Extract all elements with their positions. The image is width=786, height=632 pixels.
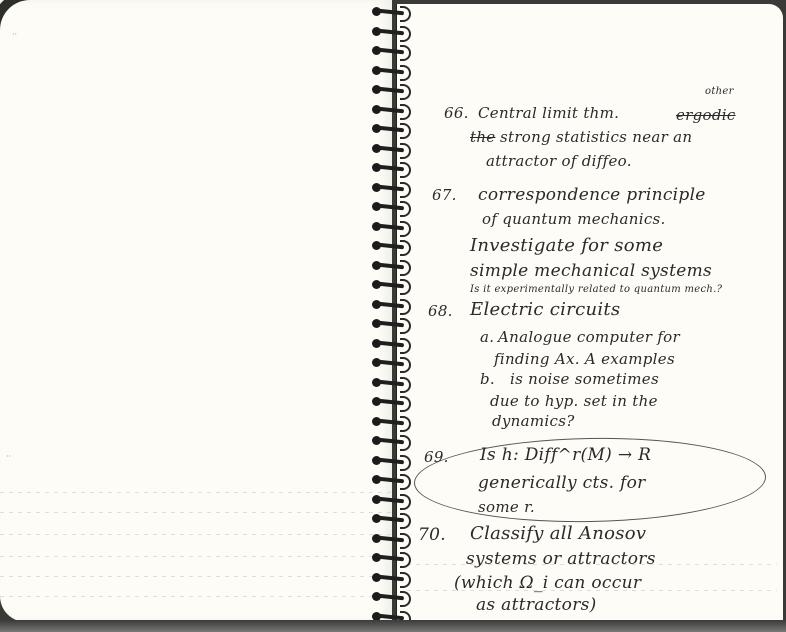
coil-hook bbox=[400, 260, 411, 276]
struck-word: the bbox=[470, 128, 495, 147]
spiral-coil bbox=[372, 143, 412, 157]
speck-mark: ·· bbox=[6, 452, 11, 461]
coil-hook bbox=[400, 396, 411, 412]
spiral-binding bbox=[368, 0, 418, 632]
spiral-coil bbox=[372, 104, 412, 118]
coil-hook bbox=[400, 435, 411, 451]
entry-line: strong statistics near an bbox=[500, 128, 692, 147]
coil-hook bbox=[400, 318, 411, 334]
coil-hook bbox=[400, 357, 411, 373]
subitem-label: b. bbox=[480, 370, 495, 389]
entry-line: Electric circuits bbox=[470, 300, 620, 319]
coil-hook bbox=[400, 299, 411, 315]
entry-line: Central limit thm. bbox=[478, 104, 619, 123]
entry-line: generically cts. for bbox=[478, 474, 646, 493]
spiral-coil bbox=[372, 338, 412, 352]
spiral-coil bbox=[372, 591, 412, 605]
coil-hook bbox=[400, 221, 411, 237]
left-page: ·· ·· bbox=[0, 0, 392, 622]
entry-line: (which Ω_i can occur bbox=[454, 574, 641, 593]
spiral-coil bbox=[372, 260, 412, 274]
coil-hook bbox=[400, 123, 411, 139]
spiral-coil bbox=[372, 299, 412, 313]
spiral-coil bbox=[372, 6, 412, 20]
spiral-coil bbox=[372, 416, 412, 430]
coil-hook bbox=[400, 377, 411, 393]
spiral-coil bbox=[372, 377, 412, 391]
rule-line bbox=[0, 576, 392, 577]
subitem-line: dynamics? bbox=[492, 412, 575, 431]
entry-number: 68. bbox=[428, 302, 453, 321]
entry-line: Is h: Diff^r(M) → R bbox=[480, 446, 651, 465]
spiral-coil bbox=[372, 435, 412, 449]
coil-hook bbox=[400, 338, 411, 354]
coil-hook bbox=[400, 104, 411, 120]
coil-hook bbox=[400, 65, 411, 81]
insertion-note: other bbox=[705, 86, 734, 98]
subitem-line: finding Ax. A examples bbox=[494, 350, 675, 369]
coil-hook bbox=[400, 474, 411, 490]
speck-mark: ·· bbox=[12, 30, 17, 39]
coil-hook bbox=[400, 201, 411, 217]
coil-hook bbox=[400, 455, 411, 471]
spiral-coil bbox=[372, 279, 412, 293]
coil-hook bbox=[400, 533, 411, 549]
coil-hook bbox=[400, 162, 411, 178]
rule-line bbox=[0, 512, 392, 513]
rule-line bbox=[0, 556, 392, 557]
spiral-coil bbox=[372, 162, 412, 176]
entry-number: 67. bbox=[432, 186, 457, 205]
spiral-coil bbox=[372, 201, 412, 215]
entry-number: 66. bbox=[444, 104, 469, 123]
rule-line bbox=[0, 492, 392, 493]
coil-hook bbox=[400, 84, 411, 100]
rule-line bbox=[0, 534, 392, 535]
entry-line: simple mechanical systems bbox=[470, 262, 712, 281]
rule-line bbox=[0, 596, 392, 597]
subitem-line: due to hyp. set in the bbox=[490, 392, 658, 411]
entry-line: Classify all Anosov bbox=[470, 524, 646, 543]
coil-hook bbox=[400, 26, 411, 42]
coil-hook bbox=[400, 240, 411, 256]
spiral-coil bbox=[372, 45, 412, 59]
coil-hook bbox=[400, 45, 411, 61]
spiral-coil bbox=[372, 240, 412, 254]
spiral-coil bbox=[372, 552, 412, 566]
spiral-coil bbox=[372, 572, 412, 586]
subitem-label: a. bbox=[480, 328, 494, 347]
spiral-coil bbox=[372, 123, 412, 137]
coil-hook bbox=[400, 182, 411, 198]
entry-line: Investigate for some bbox=[470, 236, 663, 255]
entry-number: 69. bbox=[424, 448, 449, 467]
spiral-coil bbox=[372, 533, 412, 547]
entry-line: systems or attractors bbox=[466, 550, 656, 569]
coil-hook bbox=[400, 552, 411, 568]
notebook-spread: ·· ·· other 66. Central limit thm. ergod… bbox=[0, 0, 786, 632]
spiral-coil bbox=[372, 494, 412, 508]
entry-line: as attractors) bbox=[476, 596, 597, 615]
coil-hook bbox=[400, 143, 411, 159]
subitem-line: Analogue computer for bbox=[498, 328, 680, 347]
spiral-coil bbox=[372, 455, 412, 469]
coil-hook bbox=[400, 494, 411, 510]
spiral-coil bbox=[372, 474, 412, 488]
coil-hook bbox=[400, 416, 411, 432]
coil-hook bbox=[400, 279, 411, 295]
coil-hook bbox=[400, 572, 411, 588]
entry-number: 70. bbox=[418, 526, 446, 545]
spiral-coil bbox=[372, 65, 412, 79]
scan-edge-shadow bbox=[0, 620, 786, 632]
struck-word: ergodic bbox=[676, 106, 736, 125]
entry-line: attractor of diffeo. bbox=[486, 152, 632, 171]
coil-hook bbox=[400, 591, 411, 607]
marginal-note: Is it experimentally related to quantum … bbox=[470, 284, 722, 296]
spiral-coil bbox=[372, 513, 412, 527]
coil-hook bbox=[400, 513, 411, 529]
spiral-coil bbox=[372, 182, 412, 196]
spiral-coil bbox=[372, 26, 412, 40]
coil-hook bbox=[400, 6, 411, 22]
spiral-coil bbox=[372, 221, 412, 235]
subitem-line: is noise sometimes bbox=[510, 370, 659, 389]
spiral-coil bbox=[372, 318, 412, 332]
entry-line: of quantum mechanics. bbox=[482, 210, 666, 229]
spiral-coil bbox=[372, 357, 412, 371]
spiral-coil bbox=[372, 84, 412, 98]
entry-line: correspondence principle bbox=[478, 186, 706, 205]
entry-line: some r. bbox=[478, 498, 535, 517]
spiral-coil bbox=[372, 396, 412, 410]
